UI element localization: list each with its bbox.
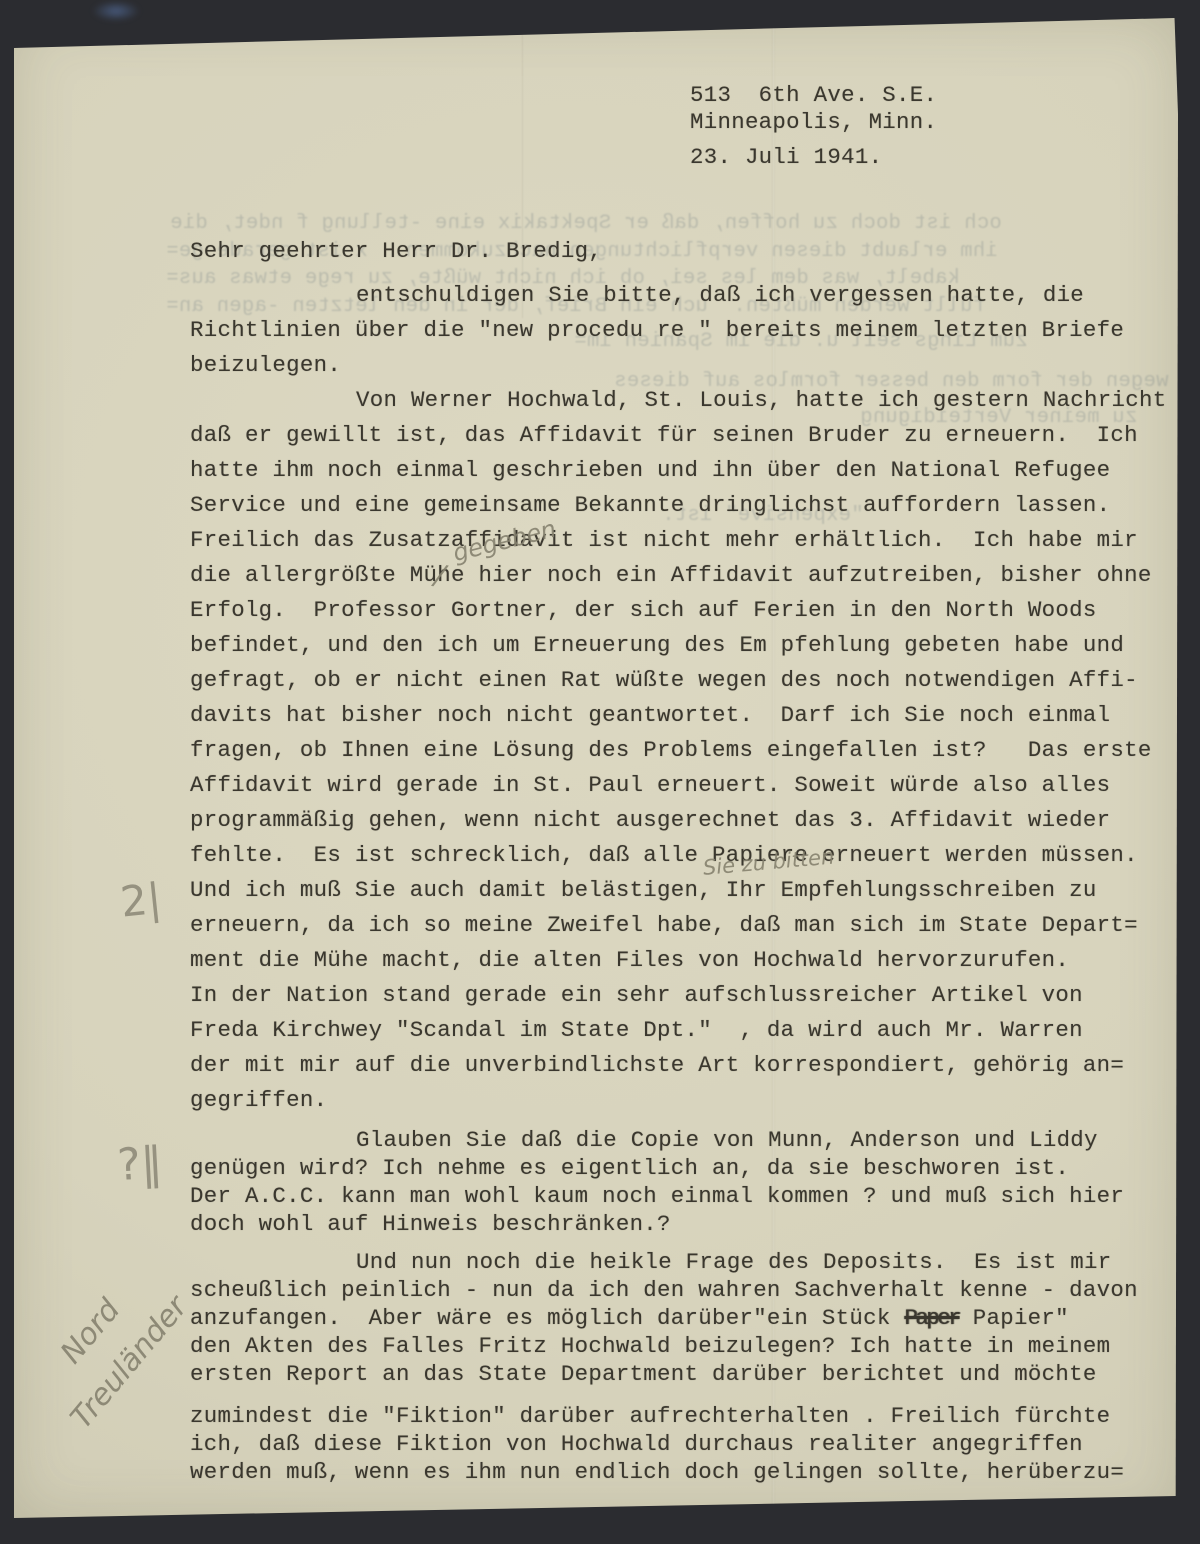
typed-line-32: den Akten des Falles Fritz Hochwald beiz… (190, 1332, 1182, 1360)
date-line: 23. Juli 1941. (690, 144, 937, 171)
typed-line-6: hatte ihm noch einmal geschrieben und ih… (190, 453, 1182, 488)
typed-text: Papier" (959, 1305, 1069, 1331)
typed-line-11: befindet, und den ich um Erneuerung des … (190, 628, 1182, 663)
typed-line-28: doch wohl auf Hinweis beschränken.? (190, 1210, 1182, 1238)
typed-line-33: ersten Report an das State Department da… (190, 1360, 1182, 1388)
typed-line-34: zumindest die "Fiktion" darüber aufrecht… (190, 1402, 1182, 1430)
salutation: Sehr geehrter Herr Dr. Bredig, (190, 234, 602, 269)
typed-line-35: ich, daß diese Fiktion von Hochwald durc… (190, 1430, 1182, 1458)
pencil-margin-mark: 2| (118, 874, 164, 927)
typed-line-25: Glauben Sie daß die Copie von Munn, Ande… (190, 1126, 1182, 1154)
typed-line-21: In der Nation stand gerade ein sehr aufs… (190, 978, 1182, 1013)
typed-line-17: fehlte. Es ist schrecklich, daß alle Pap… (190, 838, 1182, 873)
typed-line-19: erneuern, da ich so meine Zweifel habe, … (190, 908, 1182, 943)
typed-line-4: Von Werner Hochwald, St. Louis, hatte ic… (190, 383, 1182, 418)
typed-line-10: Erfolg. Professor Gortner, der sich auf … (190, 593, 1182, 628)
typed-line-18: Und ich muß Sie auch damit belästigen, I… (190, 873, 1182, 908)
address-line-1: 513 6th Ave. S.E. (690, 82, 937, 109)
typed-line-24: gegriffen. (190, 1083, 1182, 1118)
typed-line-13: davits hat bisher noch nicht geantwortet… (190, 698, 1182, 733)
letter-body: entschuldigen Sie bitte, daß ich vergess… (190, 278, 1182, 1486)
typed-line-8: Freilich das Zusatzaffidavit ist nicht m… (190, 523, 1182, 558)
typed-line-29: Und nun noch die heikle Frage des Deposi… (190, 1248, 1182, 1276)
typed-line-3: beizulegen. (190, 348, 1182, 383)
typed-line-9: die allergrößte Mühe hier noch ein Affid… (190, 558, 1182, 593)
blue-smudge (92, 1, 140, 21)
typed-text: anzufangen. Aber wäre es möglich darüber… (190, 1305, 904, 1331)
typed-line-1: entschuldigen Sie bitte, daß ich vergess… (190, 278, 1182, 313)
pencil-margin-mark: ?‖ (116, 1138, 164, 1191)
typed-line-20: ment die Mühe macht, die alten Files von… (190, 943, 1182, 978)
typed-line-12: gefragt, ob er nicht einen Rat wüßte weg… (190, 663, 1182, 698)
typed-line-31: anzufangen. Aber wäre es möglich darüber… (190, 1304, 1182, 1332)
typed-line-7: Service und eine gemeinsame Bekannte dri… (190, 488, 1182, 523)
return-address-block: 513 6th Ave. S.E. Minneapolis, Minn. 23.… (690, 82, 937, 171)
typed-line-16: programmäßig gehen, wenn nicht ausgerech… (190, 803, 1182, 838)
typed-line-15: Affidavit wird gerade in St. Paul erneue… (190, 768, 1182, 803)
typed-line-23: der mit mir auf die unverbindlichste Art… (190, 1048, 1182, 1083)
overstruck-word: Paper (904, 1305, 959, 1331)
scanned-letter-page: { "letter": { "return_address": ["513 6t… (0, 0, 1200, 1544)
typed-line-26: genügen wird? Ich nehme es eigentlich an… (190, 1154, 1182, 1182)
typed-line-27: Der A.C.C. kann man wohl kaum noch einma… (190, 1182, 1182, 1210)
typed-line-22: Freda Kirchwey "Scandal im State Dpt." ,… (190, 1013, 1182, 1048)
bleedthrough-line: och ist doch zu hoffen, daß er Spektakix… (170, 212, 1002, 235)
typed-line-2: Richtlinien über die "new procedu re " b… (190, 313, 1182, 348)
typed-line-36: werden muß, wenn es ihm nun endlich doch… (190, 1458, 1182, 1486)
top-crease (522, 18, 524, 318)
letter-paper: och ist doch zu hoffen, daß er Spektakix… (14, 18, 1178, 1518)
address-line-2: Minneapolis, Minn. (690, 109, 937, 136)
typed-line-5: daß er gewillt ist, das Affidavit für se… (190, 418, 1182, 453)
typed-line-30: scheußlich peinlich - nun da ich den wah… (190, 1276, 1182, 1304)
typed-line-14: fragen, ob Ihnen eine Lösung des Problem… (190, 733, 1182, 768)
